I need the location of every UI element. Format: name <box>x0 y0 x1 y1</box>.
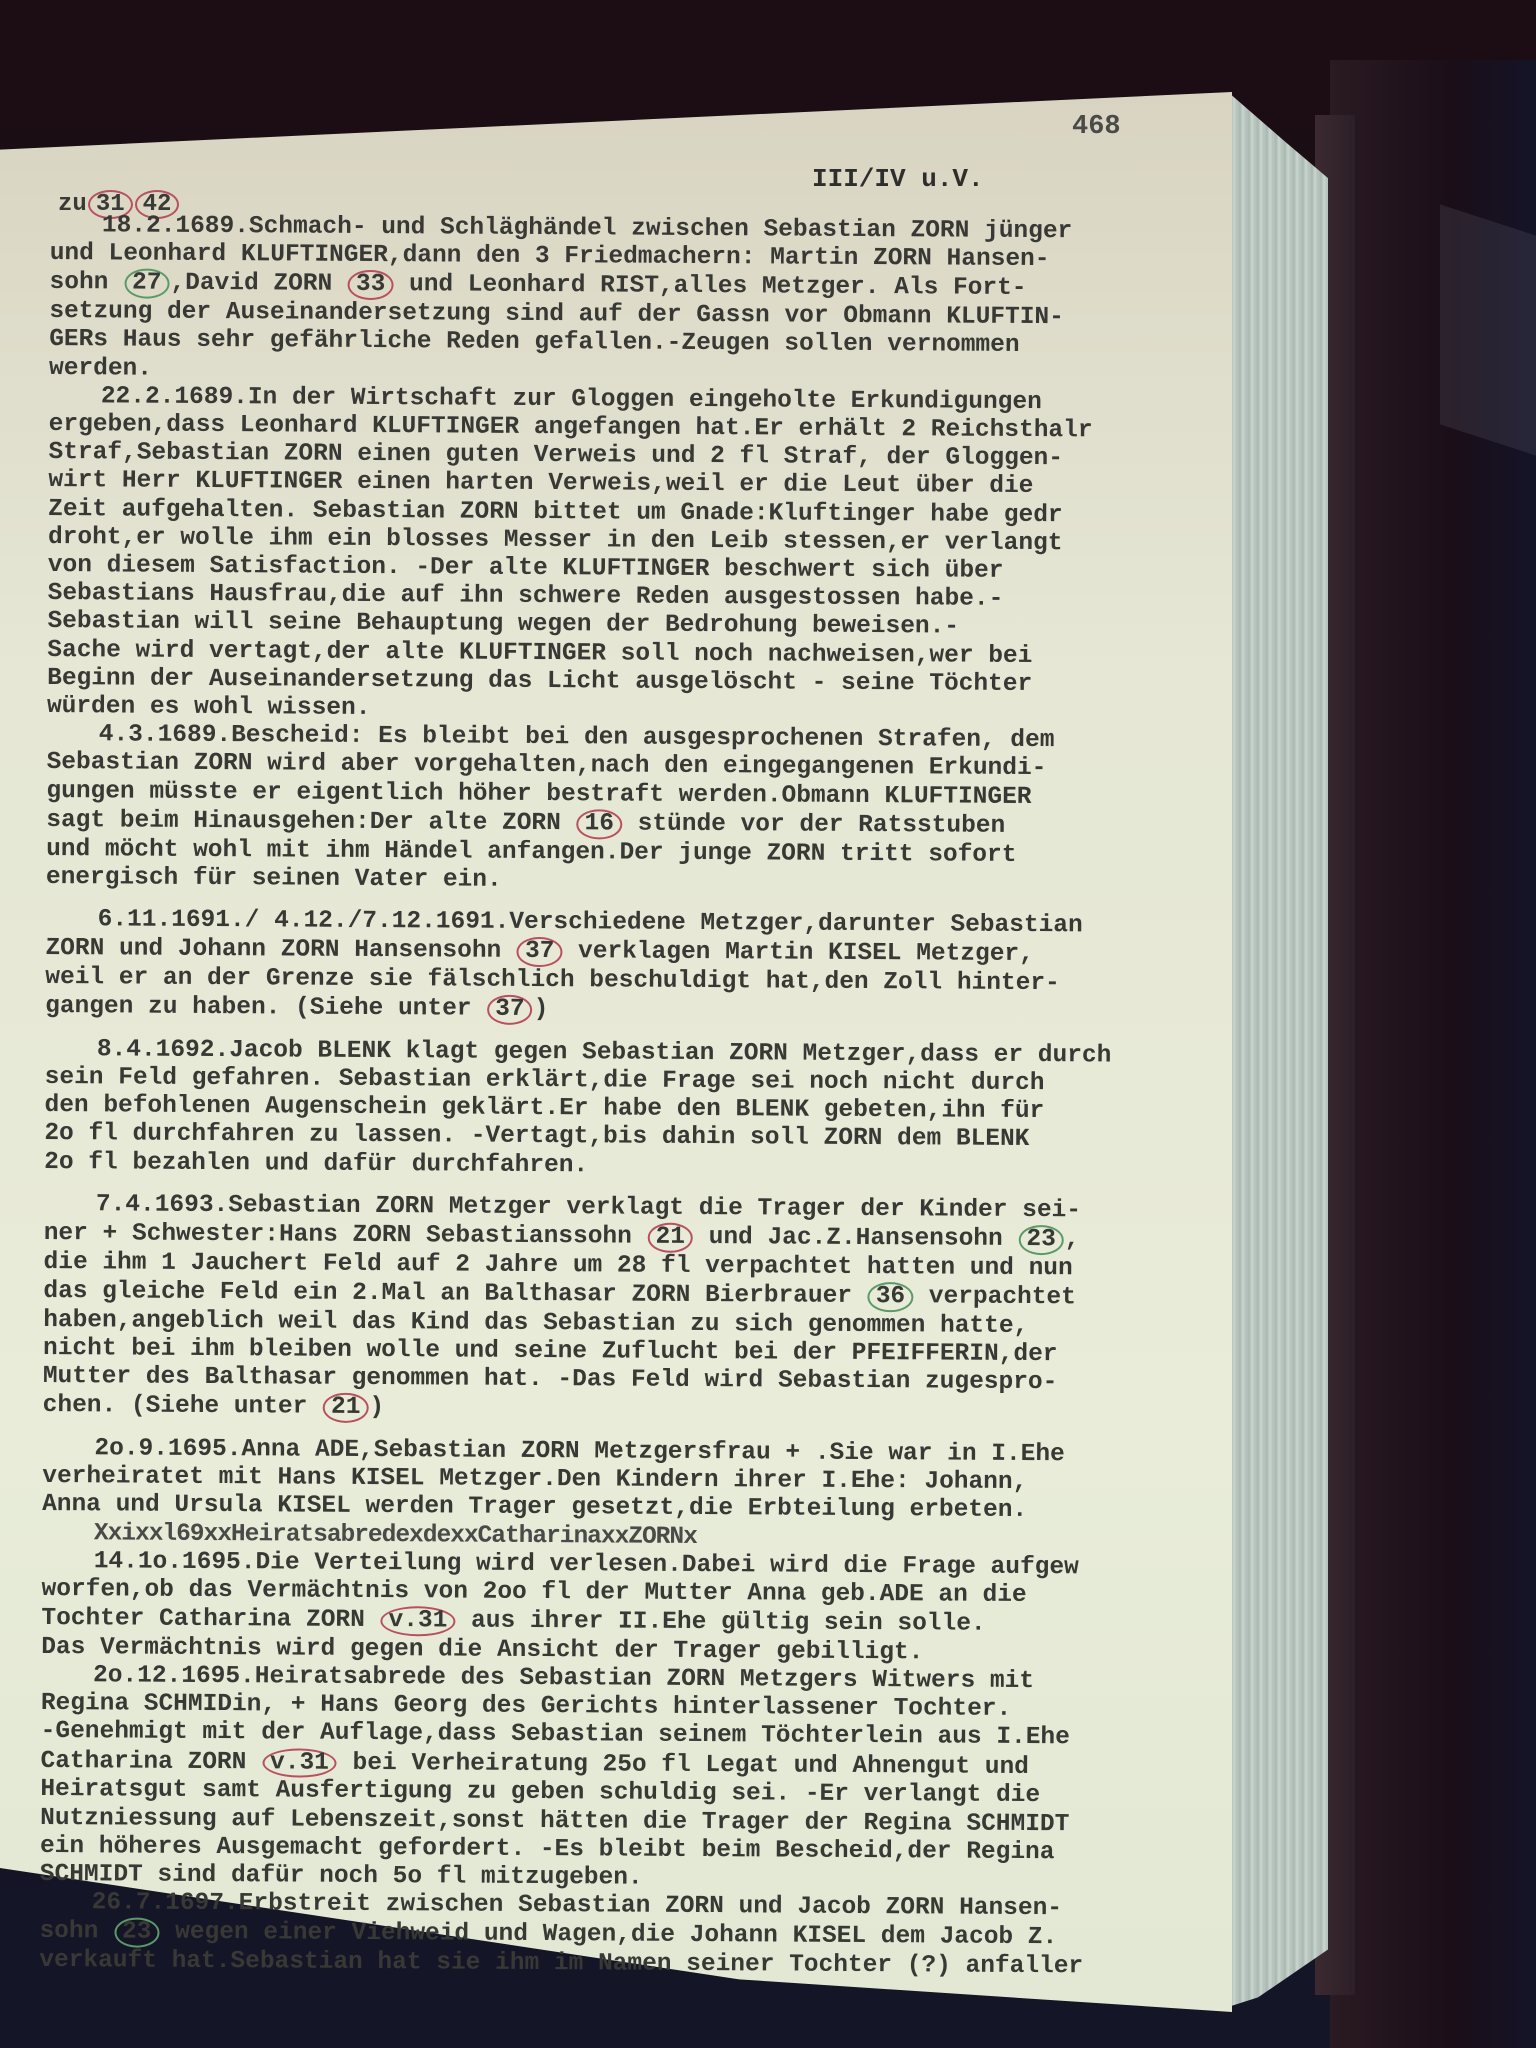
text-line: verkauft hat.Sebastian hat sie ihm im Na… <box>39 1947 1229 1982</box>
circled-ref: 36 <box>868 1282 914 1312</box>
circled-ref: 33 <box>348 270 394 300</box>
document-body: 18.2.1689.Schmach- und Schläghändel zwis… <box>39 212 1240 1983</box>
circled-ref: 16 <box>576 809 622 839</box>
circled-ref: 21 <box>647 1223 693 1253</box>
circled-ref: v.31 <box>262 1748 337 1778</box>
entry-6-11-1691: 6.11.1691./ 4.12./7.12.1691.Verschiedene… <box>45 906 1236 1029</box>
entry-14-1o-1695: Xxixxl69xxHeiratsabredexdexxCatharinaxxZ… <box>41 1520 1232 1670</box>
circled-ref: 23 <box>114 1918 160 1948</box>
circled-ref: 37 <box>517 937 563 967</box>
circled-ref: v.31 <box>380 1606 455 1636</box>
entry-7-4-1693: 7.4.1693.Sebastian ZORN Metzger verklagt… <box>43 1191 1234 1428</box>
circled-ref: 23 <box>1018 1225 1064 1255</box>
entry-8-4-1692: 8.4.1692.Jacob BLENK klagt gegen Sebasti… <box>44 1036 1235 1184</box>
entry-18-2-1689: 18.2.1689.Schmach- und Schläghändel zwis… <box>49 212 1240 390</box>
circled-ref: 37 <box>487 995 533 1025</box>
page-stack-edges <box>1228 92 1328 2007</box>
page-number: 468 <box>1072 112 1121 142</box>
section-header: III/IV u.V. <box>812 164 984 194</box>
entry-22-2-1689: 22.2.1689.In der Wirtschaft zur Gloggen … <box>47 383 1239 729</box>
entry-26-7-1697: 26.7.1697.Erbstreit zwischen Sebastian Z… <box>39 1889 1230 1982</box>
background-light-strip <box>1440 204 1536 455</box>
circled-ref: 27 <box>124 269 170 299</box>
entry-2o-12-1695: 2o.12.1695.Heiratsabrede des Sebastian Z… <box>40 1662 1231 1896</box>
text-line: energisch für seinen Vater ein. <box>46 864 1236 899</box>
text-line: 2o fl bezahlen und dafür durchfahren. <box>44 1149 1234 1184</box>
entry-4-3-1689: 4.3.1689.Bescheid: Es bleibt bei den aus… <box>46 721 1237 899</box>
entry-2o-9-1695: 2o.9.1695.Anna ADE,Sebastian ZORN Metzge… <box>42 1435 1232 1527</box>
circled-ref: 21 <box>323 1393 369 1423</box>
